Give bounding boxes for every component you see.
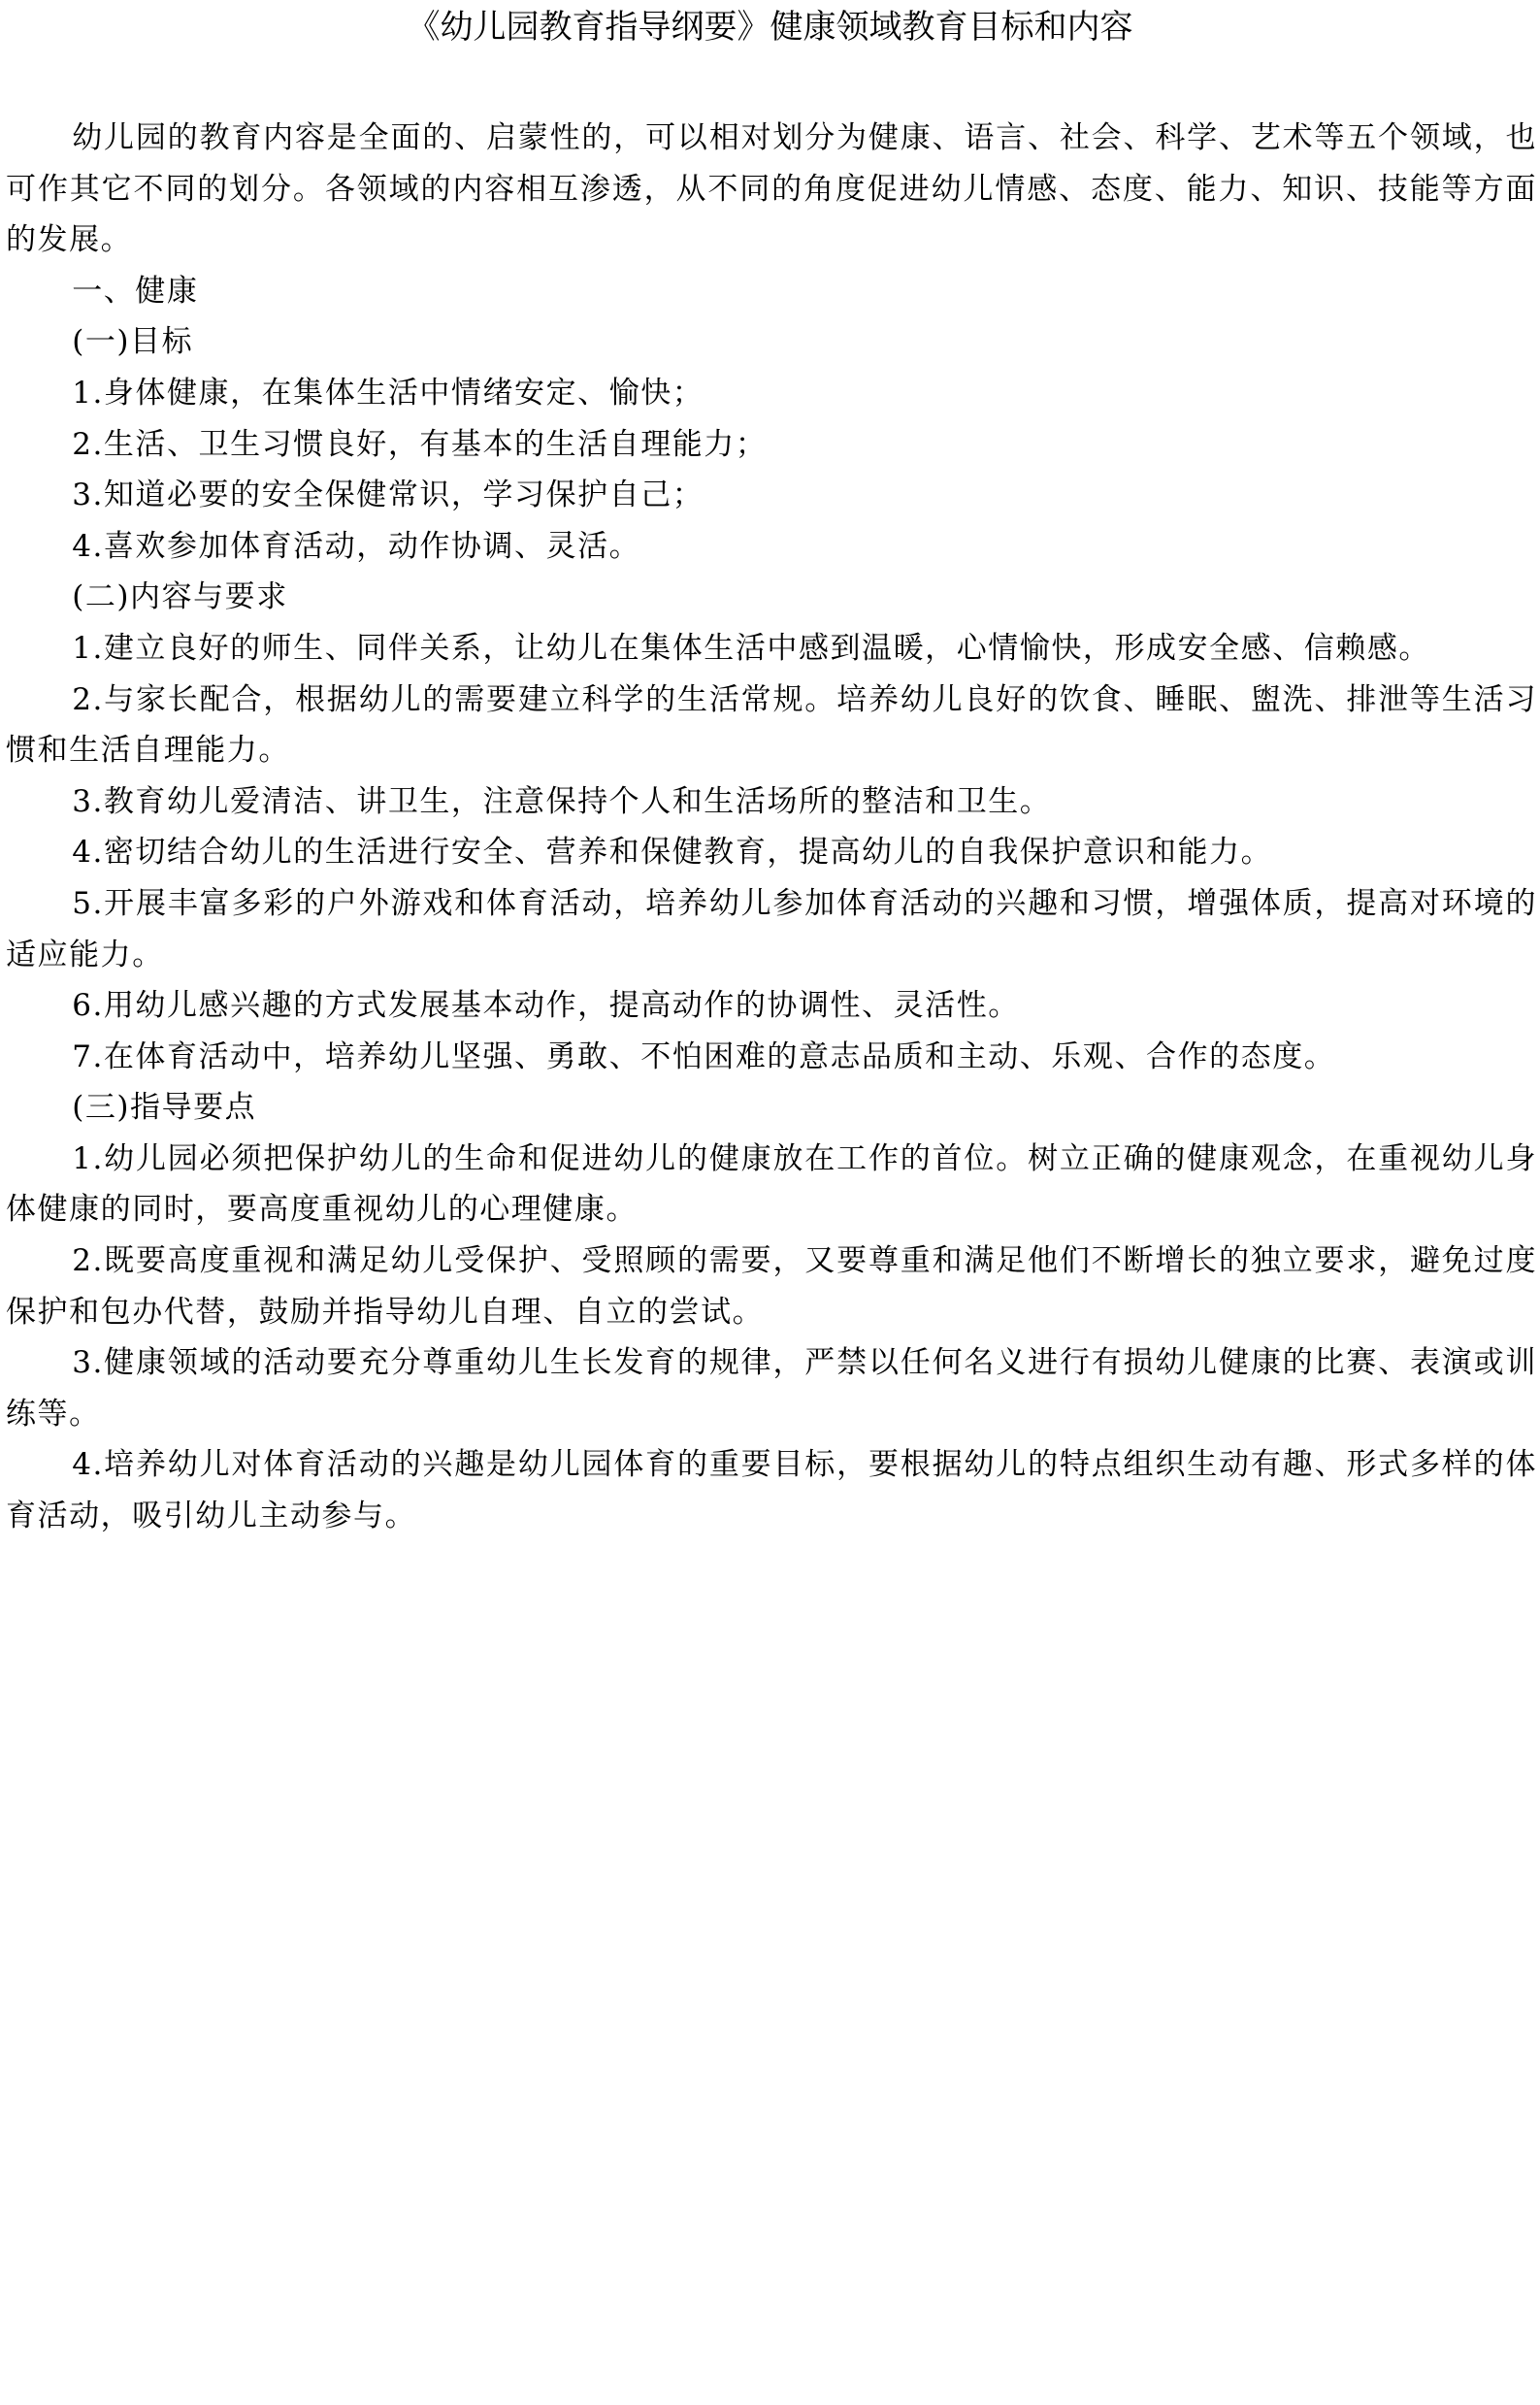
content-item: 7.在体育活动中，培养幼儿坚强、勇敢、不怕困难的意志品质和主动、乐观、合作的态度… <box>6 1032 1537 1083</box>
subsection-heading-content: (二)内容与要求 <box>6 572 1537 623</box>
content-item: 1.建立良好的师生、同伴关系，让幼儿在集体生活中感到温暖，心情愉快，形成安全感、… <box>6 623 1537 675</box>
guidance-item: 1.幼儿园必须把保护幼儿的生命和促进幼儿的健康放在工作的首位。树立正确的健康观念… <box>6 1134 1537 1235</box>
goal-item: 4.喜欢参加体育活动，动作协调、灵活。 <box>6 521 1537 573</box>
goal-item: 2.生活、卫生习惯良好，有基本的生活自理能力； <box>6 419 1537 471</box>
content-item: 3.教育幼儿爱清洁、讲卫生，注意保持个人和生活场所的整洁和卫生。 <box>6 776 1537 828</box>
intro-paragraph: 幼儿园的教育内容是全面的、启蒙性的，可以相对划分为健康、语言、社会、科学、艺术等… <box>6 113 1537 266</box>
content-item: 5.开展丰富多彩的户外游戏和体育活动，培养幼儿参加体育活动的兴趣和习惯，增强体质… <box>6 878 1537 980</box>
content-item: 6.用幼儿感兴趣的方式发展基本动作，提高动作的协调性、灵活性。 <box>6 980 1537 1032</box>
subsection-heading-guidance: (三)指导要点 <box>6 1082 1537 1134</box>
guidance-item: 3.健康领域的活动要充分尊重幼儿生长发育的规律，严禁以任何名义进行有损幼儿健康的… <box>6 1337 1537 1439</box>
document-body: 幼儿园的教育内容是全面的、启蒙性的，可以相对划分为健康、语言、社会、科学、艺术等… <box>6 113 1537 1542</box>
subsection-heading-goals: (一)目标 <box>6 316 1537 368</box>
guidance-item: 2.既要高度重视和满足幼儿受保护、受照顾的需要，又要尊重和满足他们不断增长的独立… <box>6 1235 1537 1337</box>
section-heading-health: 一、健康 <box>6 266 1537 317</box>
document-page: 《幼儿园教育指导纲要》健康领域教育目标和内容 幼儿园的教育内容是全面的、启蒙性的… <box>0 0 1540 2405</box>
guidance-item: 4.培养幼儿对体育活动的兴趣是幼儿园体育的重要目标，要根据幼儿的特点组织生动有趣… <box>6 1439 1537 1541</box>
content-item: 4.密切结合幼儿的生活进行安全、营养和保健教育，提高幼儿的自我保护意识和能力。 <box>6 827 1537 878</box>
goal-item: 3.知道必要的安全保健常识，学习保护自己； <box>6 470 1537 521</box>
goal-item: 1.身体健康，在集体生活中情绪安定、愉快； <box>6 368 1537 419</box>
content-item: 2.与家长配合，根据幼儿的需要建立科学的生活常规。培养幼儿良好的饮食、睡眠、盥洗… <box>6 675 1537 776</box>
document-title: 《幼儿园教育指导纲要》健康领域教育目标和内容 <box>0 4 1540 50</box>
